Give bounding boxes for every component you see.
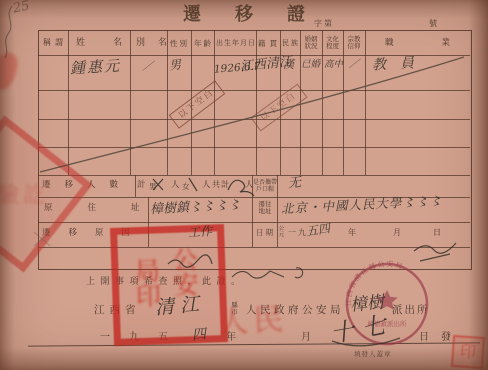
- printed-yue: 月: [393, 229, 401, 237]
- col-header-marriage: 婚姻 狀況: [300, 36, 322, 50]
- hw-marriage: 已婚: [301, 60, 320, 70]
- col-header-religion: 宗教 信仰: [343, 36, 365, 50]
- small-filler-seal: 印: [451, 335, 485, 369]
- rect-official-seal: 公安 局印: [110, 224, 228, 346]
- col-header-marriage-l2: 狀況: [300, 43, 322, 50]
- table-line: [322, 30, 323, 175]
- printed-nian: 年: [348, 229, 356, 237]
- col-header-education: 文化 程度: [322, 36, 343, 50]
- era-l2: 元: [277, 232, 286, 238]
- count-male-label: 男: [149, 183, 157, 191]
- hw-ethnic: 漢: [283, 59, 294, 70]
- table-line: [365, 30, 366, 175]
- hw-name: 鍾惠元: [70, 59, 122, 77]
- pencil-page-number: 25: [12, 0, 31, 16]
- count-total-label: 共計: [212, 181, 230, 189]
- table-line: [38, 222, 470, 223]
- table-line: [38, 175, 470, 176]
- hw-issue-year-digit: 四: [191, 327, 206, 342]
- count-ji: 計: [137, 181, 146, 190]
- table-line: [256, 30, 257, 175]
- col-header-birthdate: 出生年月日: [216, 40, 256, 47]
- filler-seal-note: 填發人蓋章: [354, 351, 392, 358]
- document-title: 遷移證: [0, 6, 488, 24]
- hw-reason: 工作: [188, 225, 213, 239]
- table-line: [214, 30, 215, 175]
- issue-yue: 月: [301, 333, 311, 343]
- col-header-religion-l2: 信仰: [343, 43, 365, 50]
- serial-suffix: 號: [429, 20, 437, 28]
- table-line: [343, 30, 344, 175]
- hw-occupation: 教員: [372, 56, 429, 73]
- count-ren1: 人: [171, 181, 180, 190]
- col-header-sex: 性別: [168, 40, 189, 48]
- hw-carry-answer: 无: [287, 176, 301, 190]
- col-header-occupation: 職業: [365, 39, 488, 48]
- table-line: [38, 147, 470, 148]
- hw-move-year: 五四: [305, 222, 330, 237]
- destination-address-label: 遷往 地址: [254, 201, 276, 215]
- col-header-ethnic: 民族: [282, 40, 300, 47]
- issue-fa: 發: [441, 333, 451, 343]
- count-ren2: 人: [202, 181, 211, 190]
- migration-certificate-scan: 25 遷移證 字第 號 稱謂 姓名 別名 性別 年齡 出生年月日 籍貫 民族 婚…: [0, 0, 488, 370]
- era-label: 公 元: [277, 226, 286, 238]
- table-line: [130, 30, 131, 175]
- count-female-label: 女: [182, 183, 190, 191]
- col-header-nativeplace: 籍貫: [258, 40, 281, 48]
- rect-seal-col1: 公安: [170, 246, 199, 297]
- carry-label-l2: 戶口糧: [253, 186, 277, 193]
- table-line: [68, 30, 69, 175]
- col-header-age: 年齡: [192, 40, 213, 48]
- col-header-education-l2: 程度: [322, 43, 343, 50]
- printed-ri: 日: [433, 229, 441, 237]
- move-date-label: 日期: [256, 229, 275, 237]
- serial-prefix: 字第: [314, 20, 334, 28]
- dest-label-l2: 地址: [254, 208, 276, 215]
- table-line: [167, 30, 168, 175]
- left-diamond-seal-text: 驗訖: [0, 178, 49, 209]
- hw-sex: 男: [168, 58, 181, 71]
- hw-religion: ／: [349, 60, 359, 70]
- table-line: [135, 175, 136, 197]
- table-line: [38, 247, 470, 248]
- hw-alias: ／: [142, 61, 153, 72]
- col-header-relation: 稱謂: [40, 39, 71, 47]
- hw-education: 高中: [324, 60, 343, 70]
- table-line: [38, 90, 470, 91]
- carry-household-grain-label: 是否攜帶 戶口糧: [253, 179, 277, 193]
- stray-seal-characters: 人民: [217, 294, 289, 342]
- hw-county-name: 清江: [154, 295, 205, 318]
- red-ink-smudge: [0, 50, 21, 93]
